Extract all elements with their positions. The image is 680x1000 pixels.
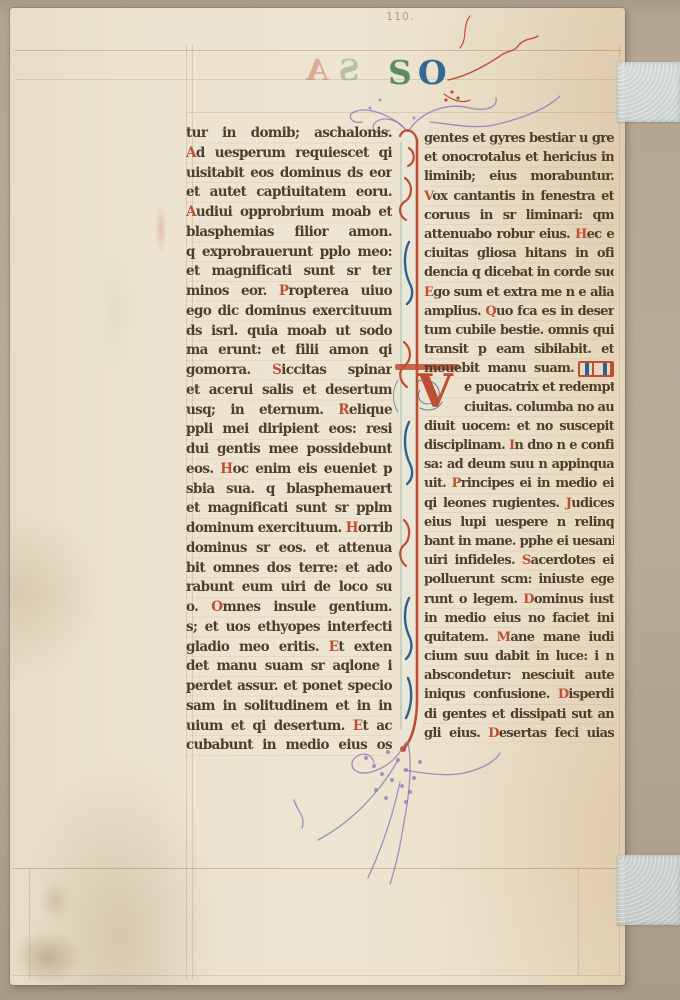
text-line: dui gentis mee possidebunt: [186, 440, 392, 460]
text-line: uiri infideles. Sacerdotes ei: [424, 551, 614, 570]
rubricated-initial: D: [523, 592, 534, 607]
text-line: uit. Principes ei in medio ei: [424, 474, 614, 493]
text-line: et onocrotalus et hericius in: [424, 148, 614, 167]
text-line: e puocatrix et redempta: [424, 378, 614, 397]
rubricated-initial: D: [558, 687, 569, 702]
rubricated-initial: V: [424, 189, 432, 204]
text-line: bant in mane. pphe ei uesani: [424, 532, 614, 551]
text-line: cium suu dabit in luce: i n: [424, 647, 614, 666]
text-line: eos. Hoc enim eis eueniet p: [186, 460, 392, 480]
rubricated-initial: H: [575, 227, 587, 242]
rubricated-initial: P: [452, 476, 461, 491]
text-column-right: gentes et gyres bestiar u greet onocrota…: [424, 129, 614, 743]
text-line: et magnificati sunt sr pplm: [186, 499, 392, 519]
text-line: q exprobrauerunt pplo meo:: [186, 243, 392, 263]
text-line: sbia sua. q blasphemauert: [186, 480, 392, 500]
text-line: gomorra. Siccitas spinar: [186, 361, 392, 381]
text-column-left: tur in domib; aschalonis.Ad uesperum req…: [186, 124, 392, 756]
text-line: gentes et gyres bestiar u gre: [424, 129, 614, 148]
text-line: sa: ad deum suu n appinqua: [424, 455, 614, 474]
text-line: transit p eam sibilabit. et: [424, 340, 614, 359]
text-line: iniqus confusione. Disperdi: [424, 685, 614, 704]
ruling-line-vertical: [29, 868, 30, 980]
text-line: gli eius. Desertas feci uias: [424, 724, 614, 743]
rubricated-initial: Q: [485, 304, 496, 319]
text-line: ma erunt: et filii amon qi: [186, 341, 392, 361]
text-line: abscondetur: nesciuit aute: [424, 666, 614, 685]
text-line: ppli mei diripient eos: resi: [186, 420, 392, 440]
header-letter-ghost: S: [339, 56, 360, 88]
text-line: uium et qi desertum. Et ac: [186, 717, 392, 737]
rubricated-initial: M: [497, 630, 511, 645]
text-line: sam in solitudinem et in in: [186, 697, 392, 717]
text-line: tum cubile bestie. omnis qui: [424, 321, 614, 340]
text-line: uisitabit eos dominus ds eor: [186, 164, 392, 184]
text-line: mouebit manu suam.: [424, 359, 614, 378]
conservation-tape-right-lower: [617, 855, 680, 925]
text-line: rabunt eum uiri de loco su: [186, 578, 392, 598]
text-line: bit omnes dos terre: et ado: [186, 559, 392, 579]
rubricated-initial: J: [566, 496, 571, 511]
folio-annotation: 110.: [386, 10, 415, 23]
text-line: o. Omnes insule gentium.: [186, 598, 392, 618]
rubricated-initial: D: [488, 726, 499, 741]
text-line: attenuabo robur eius. Hec e: [424, 225, 614, 244]
running-header-letters: SO: [388, 52, 447, 88]
rubricated-initial: A: [186, 204, 196, 220]
rubricated-initial: H: [220, 461, 232, 477]
rubricated-initial: E: [424, 285, 433, 300]
ruling-line-horizontal: [12, 868, 622, 869]
text-line: et autet captiuitatem eoru.: [186, 183, 392, 203]
header-letter-main: O: [418, 58, 447, 88]
ruling-line-horizontal: [15, 50, 622, 51]
text-line: eius lupi uespere n relinq: [424, 513, 614, 532]
rubricated-initial: E: [353, 718, 363, 734]
text-line: Vox cantantis in fenestra et: [424, 187, 614, 206]
text-line: quitatem. Mane mane iudi: [424, 628, 614, 647]
rubricated-initial: S: [522, 553, 531, 568]
text-line: ciuitas gliosa hitans in ofi: [424, 244, 614, 263]
text-line: disciplinam. In dno n e confi: [424, 436, 614, 455]
text-line: coruus in sr liminari: qm: [424, 206, 614, 225]
text-line: in medio eius no faciet ini: [424, 609, 614, 628]
text-line: Ego sum et extra me n e alia: [424, 283, 614, 302]
text-line: amplius. Quo fca es in deser: [424, 302, 614, 321]
text-line: qi leones rugientes. Judices: [424, 494, 614, 513]
rubricated-initial: E: [329, 639, 339, 655]
text-line: ego dic dominus exercituum: [186, 302, 392, 322]
rubricated-initial: H: [346, 520, 358, 536]
rubricated-initial: I: [509, 438, 514, 453]
header-letter-ghost: A: [306, 56, 329, 88]
text-line: ds isrl. quia moab ut sodo: [186, 322, 392, 342]
ruling-line-horizontal: [12, 975, 622, 976]
text-line: dominum exercituum. Horribil: [186, 519, 392, 539]
text-line: dencia q dicebat in corde suo.: [424, 263, 614, 282]
ruling-line-horizontal: [186, 112, 622, 113]
text-line: usq; in eternum. Relique: [186, 401, 392, 421]
text-line: s; et uos ethyopes interfecti: [186, 618, 392, 638]
text-line: cubabunt in medio eius os: [186, 736, 392, 756]
text-line: tur in domib; aschalonis.: [186, 124, 392, 144]
text-line: diuit uocem: et no suscepit: [424, 417, 614, 436]
text-line: Ad uesperum requiescet qi: [186, 144, 392, 164]
conservation-tape-top-right: [617, 62, 680, 122]
text-line: et magnificati sunt sr ter: [186, 262, 392, 282]
ruling-line-vertical: [619, 45, 620, 975]
rubricated-initial: S: [272, 362, 281, 378]
rubricated-initial: R: [338, 402, 349, 418]
text-line: et acerui salis et desertum: [186, 381, 392, 401]
rubricated-initial: O: [211, 599, 222, 615]
header-showthrough-letters: SA: [306, 56, 359, 88]
text-line: polluerunt scm: iniuste ege: [424, 570, 614, 589]
text-line: blasphemias filior amon.: [186, 223, 392, 243]
text-line: perdet assur. et ponet specio: [186, 677, 392, 697]
header-letter-main: S: [388, 58, 412, 88]
text-line: runt o legem. Dominus iust: [424, 590, 614, 609]
text-line: gladio meo eritis. Et exten: [186, 638, 392, 658]
rubricated-initial: A: [186, 145, 196, 161]
text-line: minos eor. Propterea uiuo: [186, 282, 392, 302]
text-line: ciuitas. columba no au: [424, 398, 614, 417]
text-line: liminib; eius morabuntur.: [424, 167, 614, 186]
line-filler-ornament: [578, 361, 614, 377]
text-line: dominus sr eos. et attenua: [186, 539, 392, 559]
rubricated-initial: P: [279, 283, 289, 299]
ruling-line-vertical: [578, 868, 579, 975]
text-line: Audiui opprobrium moab et: [186, 203, 392, 223]
text-line: det manu suam sr aqlone i: [186, 657, 392, 677]
text-line: di gentes et dissipati sut an: [424, 705, 614, 724]
